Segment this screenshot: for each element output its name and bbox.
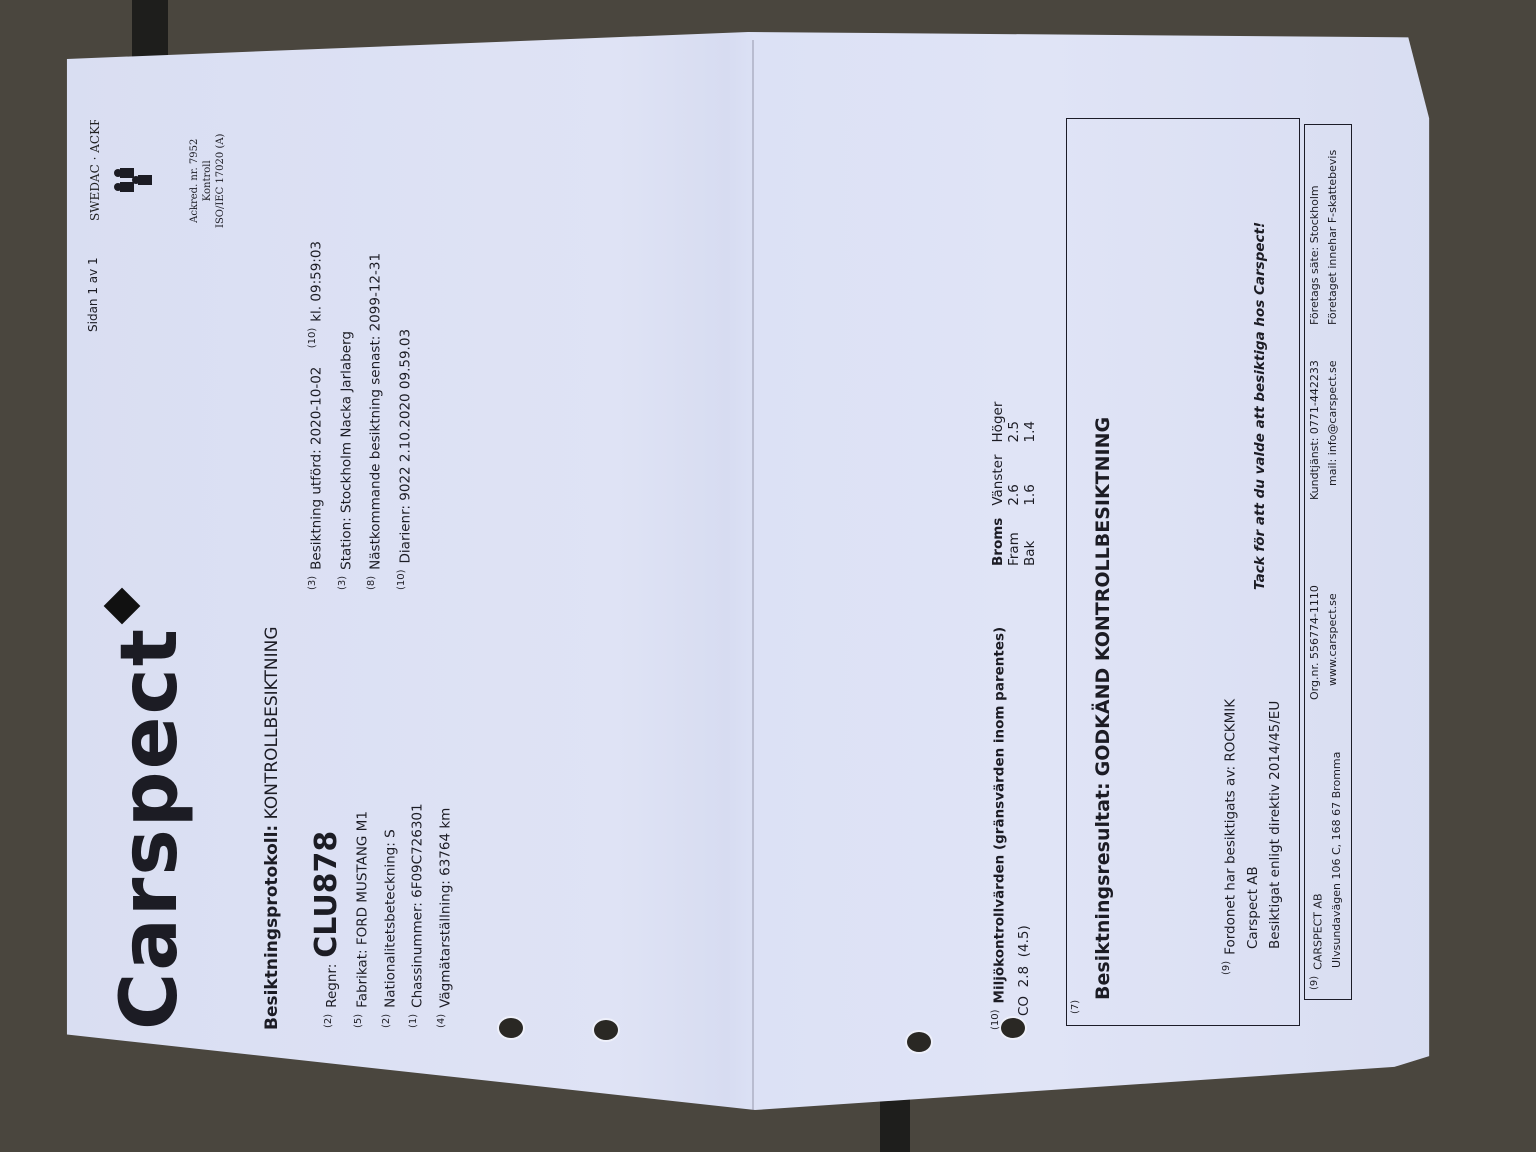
odometer-row: (4)Vägmätarställning: 63764 km bbox=[430, 803, 458, 1028]
inspector-name: Fordonet har besiktigats av: ROCKMIK bbox=[1223, 699, 1239, 955]
paper-fold bbox=[752, 40, 754, 1110]
result-ref: (7) bbox=[1070, 1000, 1081, 1014]
inspector-company: Carspect AB bbox=[1242, 699, 1264, 949]
footer: (9)CARSPECT AB Ulvsundavägen 106 C, 168 … bbox=[1306, 150, 1346, 990]
brakes-front-row: Fram 2.6 2.5 bbox=[1006, 396, 1022, 572]
footer-phone: Kundtjänst: 0771-442233 bbox=[1306, 325, 1324, 500]
footer-seat: Företags säte: Stockholm bbox=[1306, 150, 1324, 325]
footer-contact: Kundtjänst: 0771-442233 mail: info@carsp… bbox=[1306, 325, 1346, 500]
swedac-seal: SWEDAC · ACKREDITERING bbox=[78, 120, 188, 230]
next-inspection-row: (8)Nästkommande besiktning senast: 2099-… bbox=[359, 241, 389, 590]
footer-address: Ulvsundavägen 106 C, 168 67 Bromma bbox=[1328, 700, 1346, 968]
inspection-result: Besiktningsresultat: GODKÄND KONTROLLBES… bbox=[1092, 417, 1114, 1000]
inspector-section: (9)Fordonet har besiktigats av: ROCKMIK … bbox=[1216, 699, 1286, 975]
emissions-title: (10)Miljökontrollvärden (gränsvärden ino… bbox=[984, 627, 1012, 1030]
brakes-rear-row: Bak 1.6 1.4 bbox=[1022, 396, 1038, 572]
emissions-co-row: CO 2.8 (4.5) bbox=[1012, 627, 1036, 1016]
logo-text: Carspect bbox=[105, 627, 195, 1030]
inspection-info: (3)Besiktning utförd: 2020-10-02 (10)kl.… bbox=[300, 241, 418, 590]
accreditation-standard: ISO/IEC 17020 (A) bbox=[214, 134, 227, 228]
result-value: GODKÄND KONTROLLBESIKTNING bbox=[1092, 417, 1114, 776]
punch-hole bbox=[592, 1018, 620, 1042]
page-indicator: Sidan 1 av 1 bbox=[86, 257, 100, 332]
inspection-date-row: (3)Besiktning utförd: 2020-10-02 (10)kl.… bbox=[300, 241, 330, 590]
punch-hole bbox=[497, 1016, 525, 1040]
crown-emblem-icon: SWEDAC · ACKREDITERING bbox=[78, 120, 188, 230]
nationality-row: (2)Nationalitetsbeteckning: S bbox=[375, 803, 403, 1028]
footer-email[interactable]: mail: info@carspect.se bbox=[1324, 325, 1342, 486]
footer-org-number: Org.nr. 556774-1110 bbox=[1306, 500, 1324, 700]
accreditation-number: Ackred. nr. 7952 bbox=[188, 134, 201, 228]
station-row: (3)Station: Stockholm Nacka Jarlaberg bbox=[330, 241, 360, 590]
inspector-directive: Besiktigat enligt direktiv 2014/45/EU bbox=[1264, 699, 1286, 949]
footer-tax: Företaget innehar F-skattebevis bbox=[1324, 150, 1342, 325]
protocol-title: Besiktningsprotokoll: KONTROLLBESIKTNING bbox=[262, 626, 282, 1030]
heart-icon bbox=[104, 588, 141, 625]
carspect-logo: Carspect bbox=[105, 593, 195, 1030]
footer-company: (9)CARSPECT AB Ulvsundavägen 106 C, 168 … bbox=[1306, 700, 1346, 990]
diary-number-row: (10)Diarienr: 9022 2.10.2020 09.59.03 bbox=[389, 241, 419, 590]
make-row: (5)Fabrikat: FORD MUSTANG M1 bbox=[347, 803, 375, 1028]
brakes-header-row: Broms Vänster Höger bbox=[990, 396, 1006, 572]
registration-number: CLU878 bbox=[309, 831, 344, 958]
vehicle-info: (2)Regnr:CLU878 (5)Fabrikat: FORD MUSTAN… bbox=[312, 803, 457, 1028]
regnr-row: (2)Regnr:CLU878 bbox=[312, 803, 347, 1028]
svg-text:SWEDAC · ACKREDITERING: SWEDAC · ACKREDITERING bbox=[88, 120, 102, 221]
footer-org: Org.nr. 556774-1110 www.carspect.se bbox=[1306, 500, 1346, 700]
punch-hole bbox=[905, 1030, 933, 1054]
accreditation-type: Kontroll bbox=[201, 134, 214, 228]
accreditation-info: Ackred. nr. 7952 Kontroll ISO/IEC 17020 … bbox=[188, 134, 227, 228]
chassis-row: (1)Chassinummer: 6F09C726301 bbox=[402, 803, 430, 1028]
emissions-section: (10)Miljökontrollvärden (gränsvärden ino… bbox=[984, 627, 1036, 1030]
footer-website[interactable]: www.carspect.se bbox=[1324, 500, 1342, 686]
thanks-message: Tack för att du valde att besiktiga hos … bbox=[1252, 222, 1268, 590]
brakes-table: Broms Vänster Höger Fram 2.6 2.5 Bak 1.6… bbox=[990, 396, 1038, 572]
footer-legal: Företags säte: Stockholm Företaget inneh… bbox=[1306, 150, 1346, 325]
